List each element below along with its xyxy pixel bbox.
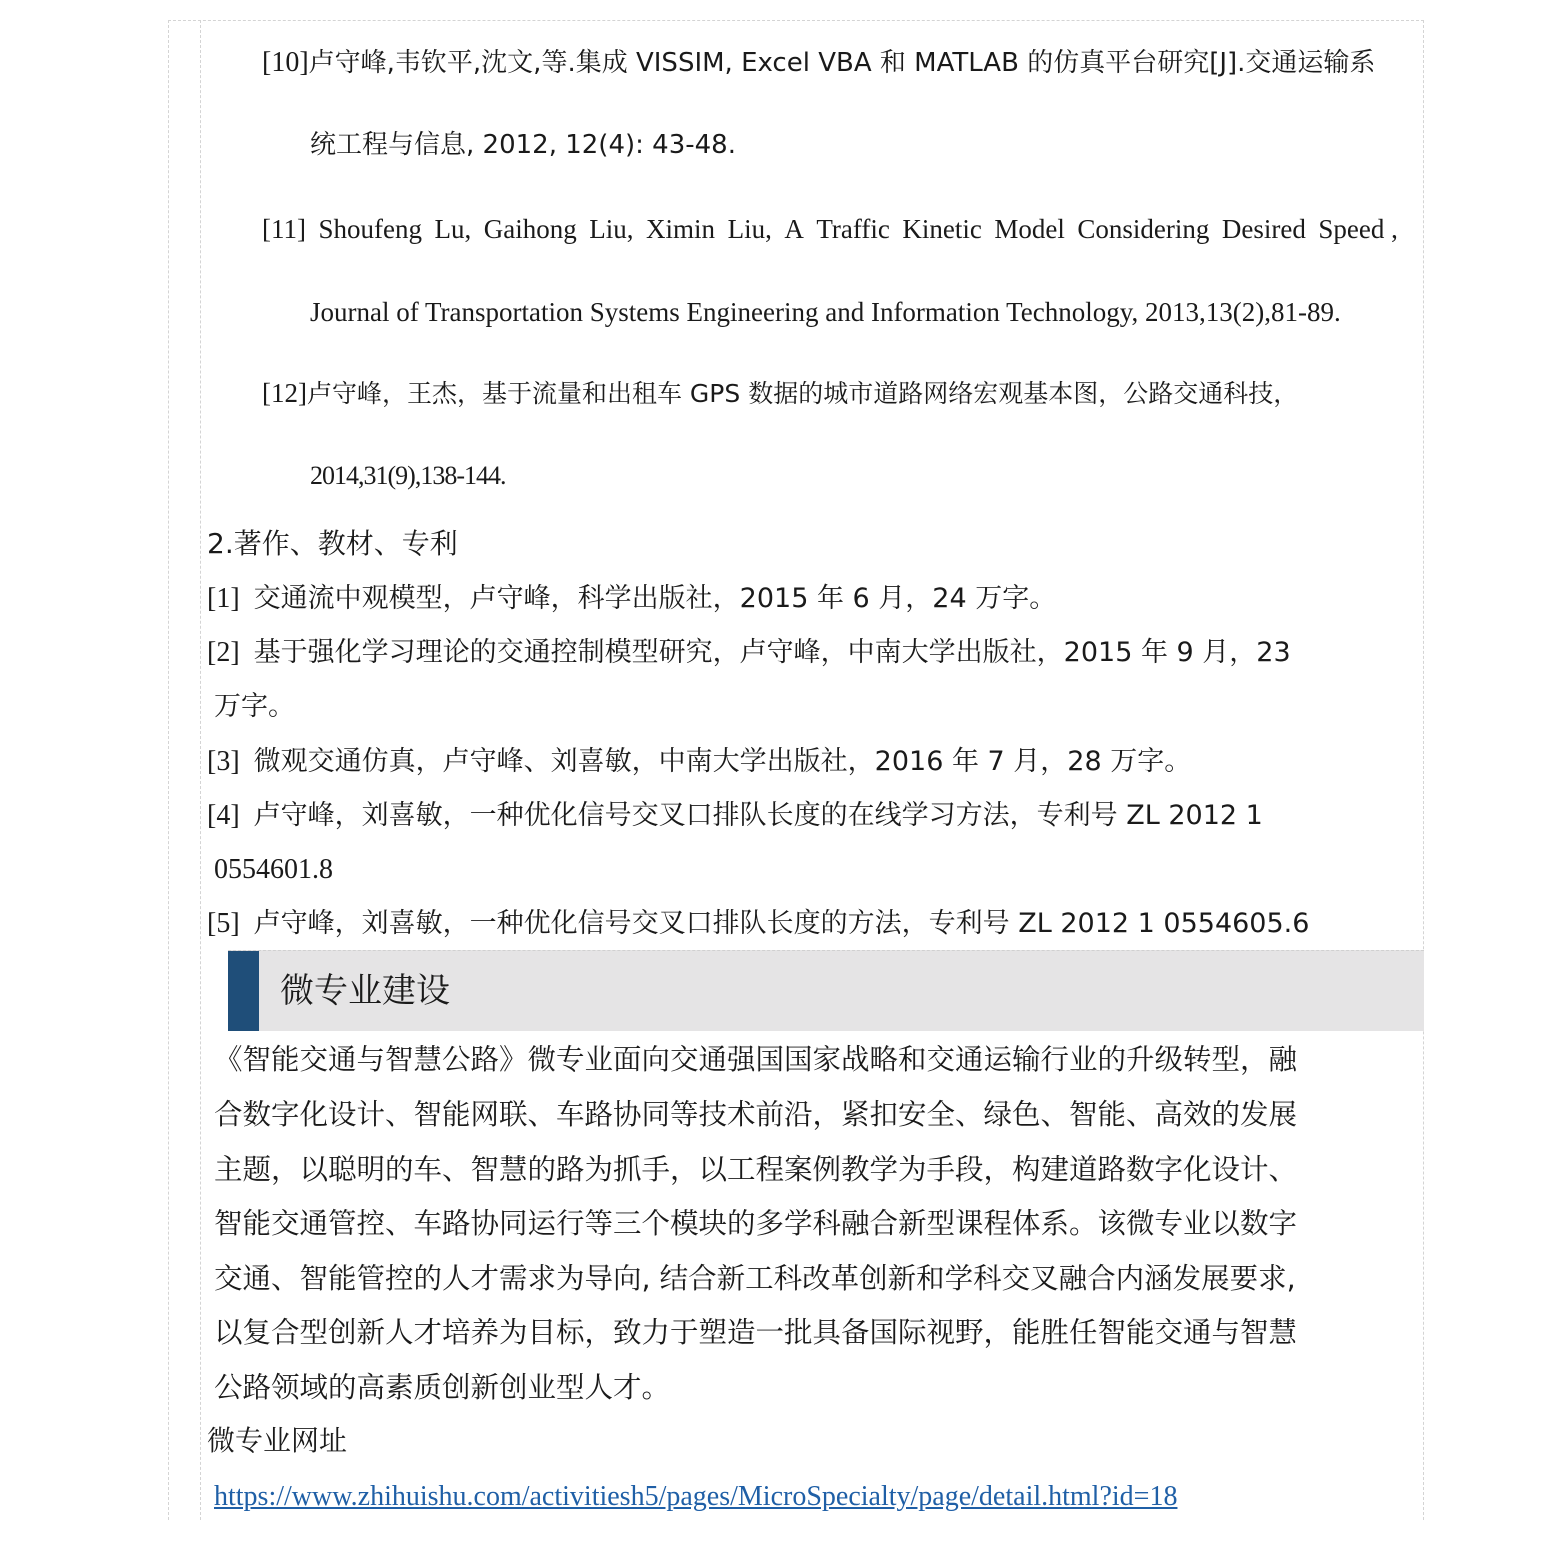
word: Speed ,	[1318, 212, 1397, 246]
book-number: [2]	[207, 637, 240, 668]
micro-major-paragraph-line: 交通、智能管控的人才需求为导向, 结合新工科改革创新和学科交叉融合内涵发展要求,	[214, 1261, 1410, 1297]
paper-number: [10]	[262, 47, 309, 78]
word: Considering	[1077, 212, 1209, 246]
books-section-heading: 2.著作、教材、专利	[207, 527, 458, 561]
patent-number: [4]	[207, 800, 240, 831]
micro-major-url-label: 微专业网址	[207, 1424, 347, 1458]
patent-text: 卢守峰，刘喜敏，一种优化信号交叉口排队长度的在线学习方法，专利号 ZL 2012…	[254, 800, 1263, 831]
book-text: 基于强化学习理论的交通控制模型研究，卢守峰，中南大学出版社，2015 年 9 月…	[254, 637, 1291, 668]
word: Ximin	[646, 212, 715, 246]
document-inner-rule	[200, 20, 201, 1520]
word: Gaihong	[484, 212, 577, 246]
word: Liu,	[589, 212, 633, 246]
word: Model	[994, 212, 1065, 246]
section-header-bar: 微专业建设	[228, 950, 1424, 1031]
patent-text-cont: 0554601.8	[214, 853, 333, 887]
book-text: 交通流中观模型，卢守峰，科学出版社，2015 年 6 月，24 万字。	[254, 583, 1057, 614]
paper-item-10: [10]卢守峰,韦钦平,沈文,等.集成 VISSIM, Excel VBA 和 …	[262, 46, 1375, 80]
micro-major-paragraph-line: 公路领域的高素质创新创业型人才。	[214, 1370, 1410, 1406]
patent-text: 卢守峰，刘喜敏，一种优化信号交叉口排队长度的方法，专利号 ZL 2012 1 0…	[254, 908, 1310, 939]
micro-major-paragraph-line: 智能交通管控、车路协同运行等三个模块的多学科融合新型课程体系。该微专业以数字	[214, 1206, 1410, 1242]
micro-major-paragraph-line: 合数字化设计、智能网联、车路协同等技术前沿，紧扣安全、绿色、智能、高效的发展	[214, 1097, 1410, 1133]
paper-citation-line2: 统工程与信息, 2012, 12(4): 43-48.	[310, 128, 736, 162]
book-text: 微观交通仿真，卢守峰、刘喜敏，中南大学出版社，2016 年 7 月，28 万字。	[254, 746, 1192, 777]
paper-number: [12]	[262, 378, 307, 408]
paper-item-12: [12]卢守峰，王杰，基于流量和出租车 GPS 数据的城市道路网络宏观基本图，公…	[262, 376, 1298, 411]
word: Traffic	[816, 212, 890, 246]
micro-major-url-link[interactable]: https://www.zhihuishu.com/activitiesh5/p…	[214, 1480, 1177, 1514]
book-item: [2] 基于强化学习理论的交通控制模型研究，卢守峰，中南大学出版社，2015 年…	[207, 636, 1291, 670]
patent-number: [5]	[207, 908, 240, 939]
book-number: [3]	[207, 746, 240, 777]
word: Kinetic	[902, 212, 981, 246]
word: Shoufeng	[319, 212, 423, 246]
book-item: [1] 交通流中观模型，卢守峰，科学出版社，2015 年 6 月，24 万字。	[207, 582, 1056, 616]
patent-item: [4] 卢守峰，刘喜敏，一种优化信号交叉口排队长度的在线学习方法，专利号 ZL …	[207, 799, 1263, 833]
paper-item-11: [11] Shoufeng Lu, Gaihong Liu, Ximin Liu…	[262, 212, 1398, 246]
paper-number: [11]	[262, 212, 306, 246]
book-number: [1]	[207, 583, 240, 614]
paper-citation-line1: 卢守峰，王杰，基于流量和出租车 GPS 数据的城市道路网络宏观基本图，公路交通科…	[307, 379, 1298, 408]
micro-major-paragraph-line: 《智能交通与智慧公路》微专业面向交通强国国家战略和交通运输行业的升级转型，融	[214, 1042, 1410, 1078]
word: Desired	[1222, 212, 1306, 246]
word: Liu,	[728, 212, 772, 246]
section-accent-bar	[228, 951, 259, 1031]
micro-major-paragraph-line: 主题，以聪明的车、智慧的路为抓手，以工程案例教学为手段，构建道路数字化设计、	[214, 1152, 1410, 1188]
paper-citation-line2: 2014,31(9),138-144.	[310, 459, 505, 493]
book-item: [3] 微观交通仿真，卢守峰、刘喜敏，中南大学出版社，2016 年 7 月，28…	[207, 745, 1191, 779]
patent-item: [5] 卢守峰，刘喜敏，一种优化信号交叉口排队长度的方法，专利号 ZL 2012…	[207, 907, 1309, 941]
micro-major-paragraph-line: 以复合型创新人才培养为目标，致力于塑造一批具备国际视野，能胜任智能交通与智慧	[214, 1315, 1410, 1351]
section-title: 微专业建设	[280, 971, 450, 1011]
book-text-cont: 万字。	[214, 690, 295, 724]
paper-citation-line1: 卢守峰,韦钦平,沈文,等.集成 VISSIM, Excel VBA 和 MATL…	[309, 48, 1376, 78]
word: Lu,	[435, 212, 472, 246]
paper-citation-line2: Journal of Transportation Systems Engine…	[310, 295, 1341, 329]
word: A	[784, 212, 804, 246]
